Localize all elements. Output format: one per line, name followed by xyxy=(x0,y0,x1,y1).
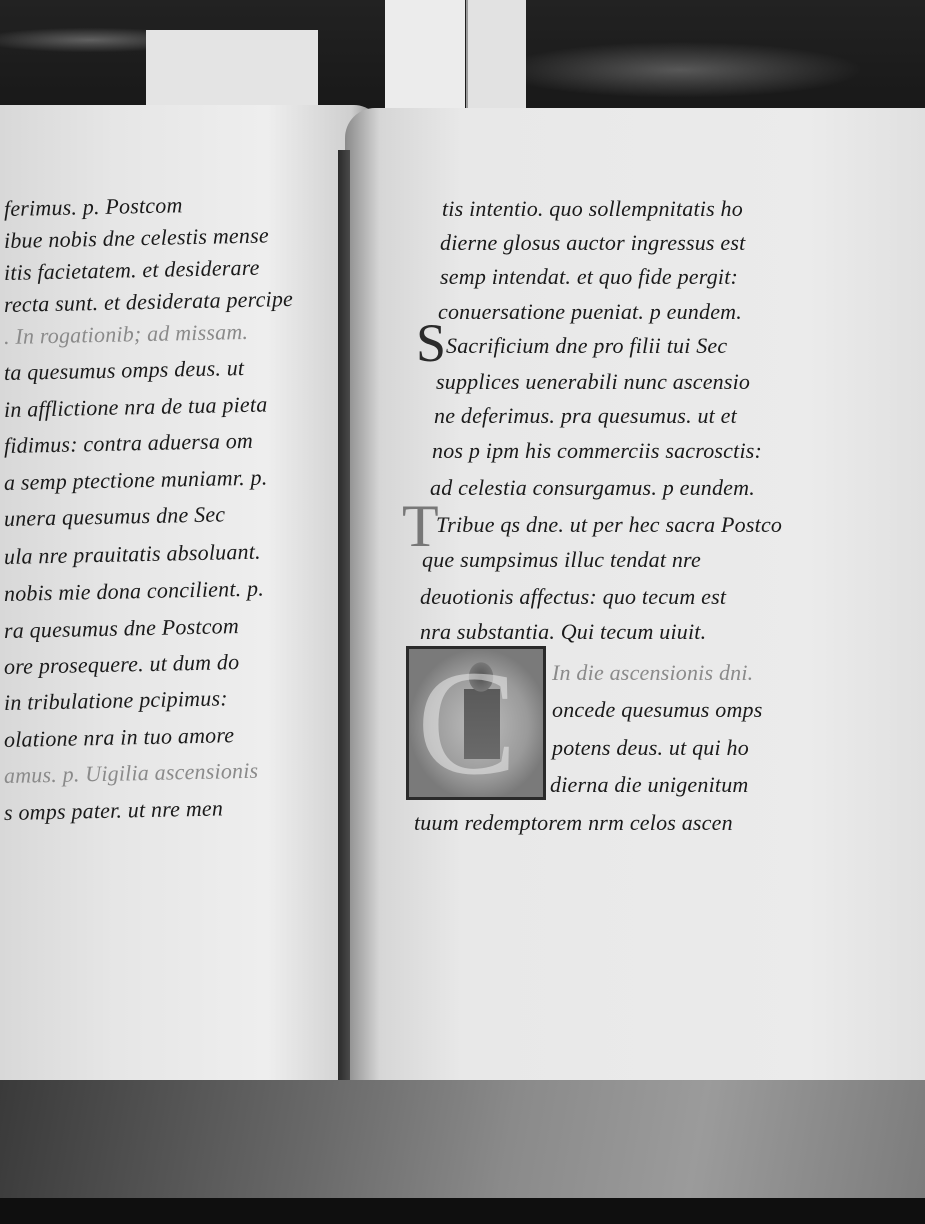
text-line: olatione nra in tuo amore xyxy=(4,722,235,753)
text-line: potens deus. ut qui ho xyxy=(552,735,749,761)
rubric-line: . In rogationib; ad missam. xyxy=(4,319,249,350)
text-line: conuersatione pueniat. p eundem. xyxy=(438,299,742,325)
text-line: oncede quesumus omps xyxy=(552,697,763,723)
text-line: Tribue qs dne. ut per hec sacra Postco xyxy=(436,512,782,538)
text-line: a semp ptectione muniamr. p. xyxy=(4,464,268,496)
text-line: in afflictione nra de tua pieta xyxy=(4,391,268,423)
text-line: in tribulatione pcipimus: xyxy=(4,685,228,716)
text-line: Sacrificium dne pro filii tui Sec xyxy=(446,333,727,359)
text-line: nobis mie dona concilient. p. xyxy=(4,576,264,607)
text-line: ra quesumus dne Postcom xyxy=(4,613,239,644)
initial-s: S xyxy=(416,312,446,374)
text-line: que sumpsimus illuc tendat nre xyxy=(422,547,701,573)
text-line: unera quesumus dne Sec xyxy=(4,501,226,532)
text-line: itis facietatem. et desiderare xyxy=(4,255,260,286)
text-line: ne deferimus. pra quesumus. ut et xyxy=(434,403,737,429)
rubric-line: In die ascensionis dni. xyxy=(552,660,753,686)
text-line: ula nre prauitatis absoluant. xyxy=(4,539,261,570)
text-line: dierne glosus auctor ingressus est xyxy=(440,230,745,256)
text-line: ferimus. p. Postcom xyxy=(4,192,183,222)
text-line: tis intentio. quo sollempnitatis ho xyxy=(442,196,743,222)
book-gutter xyxy=(338,150,350,1080)
rubric-line: amus. p. Uigilia ascensionis xyxy=(4,758,259,789)
text-line: supplices uenerabili nunc ascensio xyxy=(436,369,750,395)
table-surface xyxy=(0,1080,925,1198)
photo-border-bottom xyxy=(0,1198,925,1224)
text-line: ore prosequere. ut dum do xyxy=(4,649,240,680)
text-line: semp intendat. et quo fide pergit: xyxy=(440,264,738,290)
paper-slip-center-right xyxy=(466,0,526,118)
text-line: tuum redemptorem nrm celos ascen xyxy=(414,810,733,836)
historiated-initial-miniature: C xyxy=(406,646,546,800)
text-line: nos p ipm his commerciis sacrosctis: xyxy=(432,438,762,464)
text-line: ta quesumus omps deus. ut xyxy=(4,355,245,386)
text-line: fidimus: contra aduersa om xyxy=(4,428,254,459)
initial-c: C xyxy=(417,653,517,793)
text-line: dierna die unigenitum xyxy=(550,772,749,798)
text-line: ibue nobis dne celestis mense xyxy=(4,222,269,254)
text-line: deuotionis affectus: quo tecum est xyxy=(420,584,726,610)
text-line: ad celestia consurgamus. p eundem. xyxy=(430,475,755,501)
text-line: s omps pater. ut nre men xyxy=(4,795,224,826)
